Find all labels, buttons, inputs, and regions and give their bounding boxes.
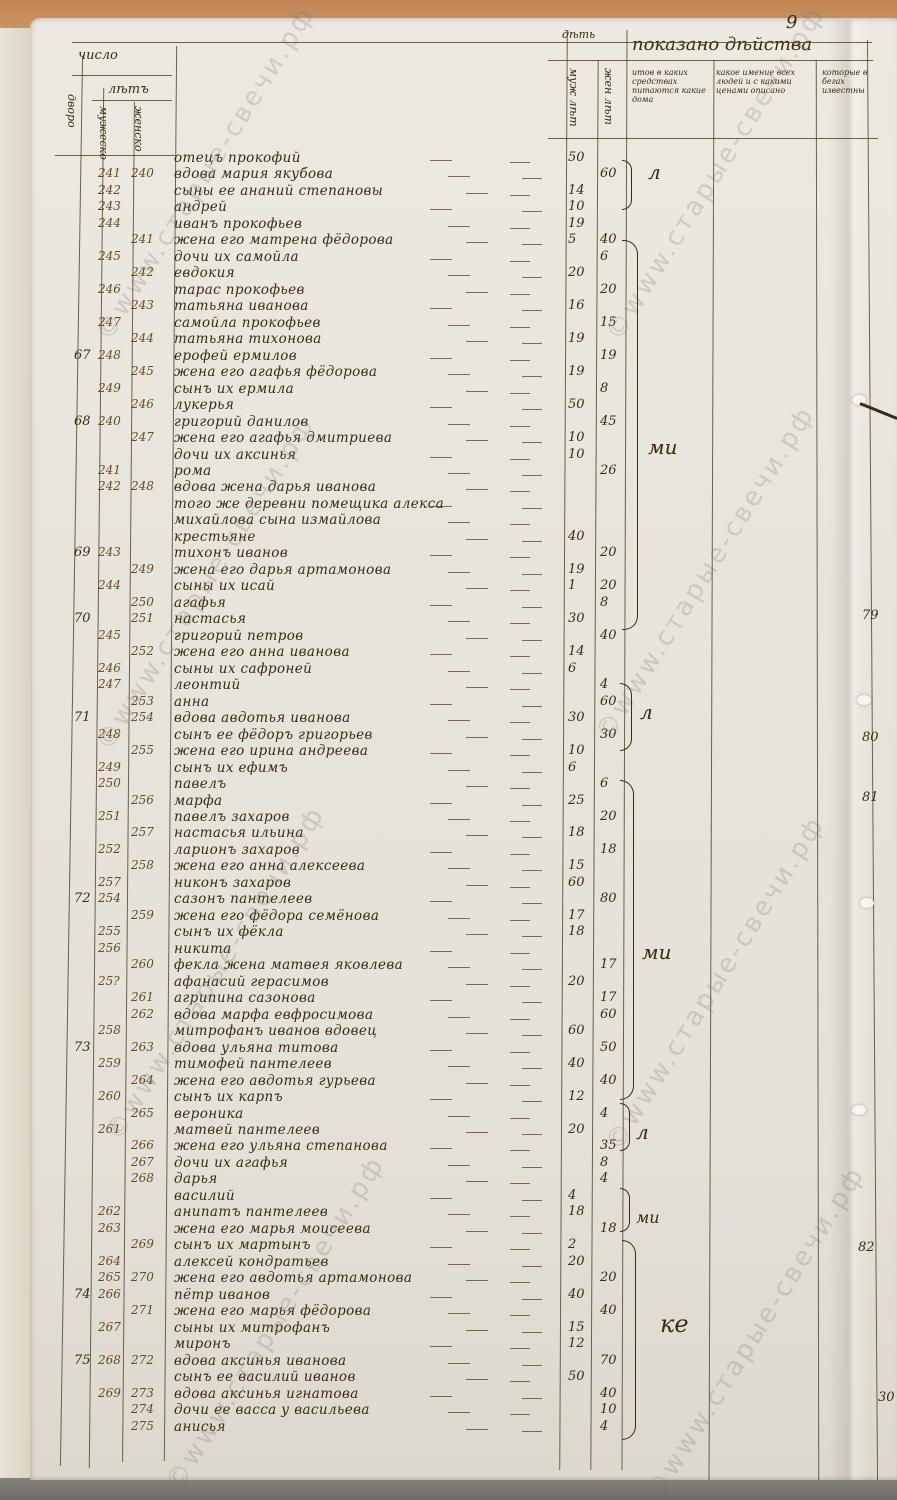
yard-number: 70 [74,611,91,626]
filler-dash [522,277,542,278]
filler-dash [522,1332,542,1333]
register-entry-text: василий [174,1188,235,1204]
right-margin-number: 82 [858,1240,875,1255]
filler-dash [466,835,488,836]
male-soul-number: 259 [98,1056,121,1070]
register-entry-text: жена его дарья артамонова [174,562,391,578]
filler-dash [510,524,530,525]
page-fold-shadow [830,20,870,1480]
register-entry-text: жена его ирина андреева [174,743,368,759]
register-entry-text: татьяна иванова [174,298,309,314]
filler-dash [510,1019,530,1020]
register-entry-text: вдова ульяна титова [174,1040,339,1056]
register-entry-text: сынъ ее фёдоръ григорьев [174,727,373,743]
register-entry-text: павелъ [174,776,227,792]
filler-dash [522,409,542,410]
filler-dash [448,275,470,276]
register-entry-text: жена его марья моисеева [174,1221,371,1237]
filler-dash [430,457,452,458]
male-soul-number: 250 [98,776,121,790]
filler-dash [430,803,452,804]
male-soul-number: 249 [98,760,121,774]
header-bottom-rule-left [55,155,175,156]
age-male: 14 [568,183,585,198]
filler-dash [466,292,488,293]
age-male: 19 [568,562,585,577]
register-entry-text: фекла жена матвея яковлева [174,957,403,973]
yard-number: 68 [74,414,91,429]
filler-dash [510,162,530,163]
age-male: 18 [568,924,585,939]
register-entry-text: сыны их исай [174,578,275,594]
male-soul-number: 243 [98,545,121,559]
age-male: 19 [568,364,585,379]
male-soul-number: 247 [98,315,121,329]
filler-dash [510,1085,530,1086]
brace-mark: ми [648,435,677,459]
register-entry-text: вероника [174,1106,244,1122]
yard-number: 71 [74,710,91,725]
female-soul-number: 243 [131,298,154,312]
filler-dash [448,1313,470,1314]
age-female: 4 [600,1171,608,1186]
female-soul-number: 270 [131,1270,154,1284]
age-male: 6 [568,661,576,676]
register-entry-text: анисья [174,1419,226,1435]
age-female: 4 [600,1106,608,1121]
female-soul-number: 272 [131,1353,154,1367]
age-female: 8 [600,1155,608,1170]
female-soul-number: 267 [131,1155,154,1169]
register-entry-text: сынъ их фёкла [174,924,284,940]
female-soul-number: 275 [131,1419,154,1433]
age-male: 50 [568,397,585,412]
brace-mark: ми [636,1208,660,1227]
filler-dash [430,1000,452,1001]
filler-dash [466,885,488,886]
register-entry-text: тихонъ иванов [174,545,288,561]
age-male: 5 [568,232,576,247]
filler-dash [448,1264,470,1265]
female-soul-number: 253 [131,694,154,708]
female-soul-number: 252 [131,644,154,658]
filler-dash [522,1200,542,1201]
filler-dash [510,426,530,427]
male-soul-number: 251 [98,809,121,823]
filler-dash [448,671,470,672]
age-female: 60 [600,166,617,181]
female-soul-number: 254 [131,710,154,724]
filler-dash [522,574,542,575]
age-male: 6 [568,760,576,775]
age-female: 20 [600,1270,617,1285]
filler-dash [448,1066,470,1067]
male-soul-number: 245 [98,249,121,263]
filler-dash [510,821,530,822]
filler-dash [510,491,530,492]
filler-dash [522,1068,542,1069]
page-number: 9 [786,12,797,33]
filler-dash [522,1431,542,1432]
male-soul-number: 242 [98,183,121,197]
male-soul-number: 262 [98,1204,121,1218]
register-entry-text: вдова мария якубова [174,166,333,182]
male-soul-number: 257 [98,875,121,889]
stitch-hole [852,1105,866,1115]
register-entry-text: жена его марья фёдорова [174,1303,371,1319]
stitch-hole [860,898,874,908]
register-entry-text: вдова аксинья игнатова [174,1386,359,1402]
filler-dash [522,1398,542,1399]
register-entry-text: вдова марфа евфросимова [174,1007,373,1023]
filler-dash [522,607,542,608]
header-years-label: лѣтъ [108,82,149,97]
filler-dash [448,572,470,573]
age-male: 19 [568,331,585,346]
female-soul-number: 271 [131,1303,154,1317]
filler-dash [466,539,488,540]
age-male: 18 [568,1204,585,1219]
age-female: 20 [600,578,617,593]
filler-dash [430,555,452,556]
register-entry-text: агафья [174,595,226,611]
filler-dash [448,770,470,771]
register-entry-text: жена его матрена фёдорова [174,232,394,248]
filler-dash [466,440,488,441]
filler-dash [510,1414,530,1415]
male-soul-number: 258 [98,1023,121,1037]
filler-dash [430,1247,452,1248]
filler-dash [448,1165,470,1166]
filler-dash [522,1101,542,1102]
filler-dash [448,1412,470,1413]
age-female: 8 [600,595,608,610]
filler-dash [510,195,530,196]
male-soul-number: 246 [98,661,121,675]
male-soul-number: 25? [98,974,120,988]
yard-number: 67 [74,348,91,363]
register-entry-text: ерофей ермилов [174,348,297,364]
age-female: 40 [600,232,617,247]
age-male: 40 [568,1056,585,1071]
filler-dash [510,920,530,921]
filler-dash [430,259,452,260]
filler-dash [466,489,488,490]
age-female: 80 [600,891,617,906]
header-subrule-left [72,75,172,76]
male-soul-number: 242 [98,479,121,493]
brace-mark: л [636,1120,649,1144]
female-soul-number: 257 [131,825,154,839]
register-entry-text: сынъ их мартынъ [174,1237,311,1253]
filler-dash [522,936,542,937]
filler-dash [466,687,488,688]
age-male: 4 [568,1188,576,1203]
register-entry-text: жена его анна алексеева [174,858,365,874]
filler-dash [522,376,542,377]
age-male: 60 [568,875,585,890]
age-female: 4 [600,677,608,692]
filler-dash [522,903,542,904]
register-entry-text: сыны их митрофанъ [174,1320,330,1336]
age-female: 15 [600,315,617,330]
right-margin-number: 81 [862,790,879,805]
filler-dash [522,442,542,443]
register-entry-text: анна [174,694,209,710]
register-entry-text: вдова аксинья иванова [174,1353,347,1369]
male-soul-number: 256 [98,941,121,955]
brace-group [620,780,634,1100]
filler-dash [522,673,542,674]
age-female: 35 [600,1138,617,1153]
age-female: 40 [600,1303,617,1318]
filler-dash [522,1365,542,1366]
age-female: 18 [600,1221,617,1236]
age-female: 6 [600,249,608,264]
filler-dash [466,1429,488,1430]
register-entry-text: жена его фёдора семёнова [174,908,379,924]
female-soul-number: 268 [131,1171,154,1185]
filler-dash [430,358,452,359]
filler-dash [466,588,488,589]
age-male: 30 [568,710,585,725]
register-entry-text: григорий петров [174,628,304,644]
female-soul-number: 247 [131,430,154,444]
header-subcol-2: какое имение всех людей и с какими ценам… [716,68,812,95]
register-entry-text: григорий данилов [174,414,309,430]
male-soul-number: 264 [98,1254,121,1268]
filler-dash [430,308,452,309]
register-entry-text: андрей [174,199,227,215]
brace-mark: ке [660,1310,689,1338]
age-male: 15 [568,1320,585,1335]
filler-dash [466,1330,488,1331]
filler-dash [510,986,530,987]
filler-dash [510,590,530,591]
male-soul-number: 240 [98,414,121,428]
female-soul-number: 244 [131,331,154,345]
filler-dash [430,901,452,902]
register-entry-text: вдова авдотья иванова [174,710,351,726]
female-soul-number: 260 [131,957,154,971]
filler-dash [522,640,542,641]
age-female: 10 [600,1402,617,1417]
filler-dash [510,788,530,789]
filler-dash [430,1198,452,1199]
age-female: 60 [600,1007,617,1022]
filler-dash [522,310,542,311]
filler-dash [522,1233,542,1234]
filler-dash [522,870,542,871]
male-soul-number: 268 [98,1353,121,1367]
register-entry-text: ларионъ захаров [174,842,300,858]
register-entry-text: тарас прокофьев [174,282,305,298]
filler-dash [510,755,530,756]
register-entry-text: никита [174,941,232,957]
female-soul-number: 242 [131,265,154,279]
filler-dash [430,852,452,853]
female-soul-number: 264 [131,1073,154,1087]
female-soul-number: 266 [131,1138,154,1152]
register-entry-text: дочи их самойла [174,249,299,265]
filler-dash [466,1181,488,1182]
filler-dash [430,1346,452,1347]
yard-number: 72 [74,891,91,906]
filler-dash [510,953,530,954]
filler-dash [430,506,452,507]
filler-dash [510,722,530,723]
filler-dash [510,1282,530,1283]
female-soul-number: 250 [131,595,154,609]
age-male: 40 [568,529,585,544]
filler-dash [522,343,542,344]
age-male: 60 [568,1023,585,1038]
filler-dash [510,656,530,657]
filler-dash [430,753,452,754]
filler-dash [522,969,542,970]
header-yard-column: дворо [65,94,78,128]
age-female: 17 [600,990,617,1005]
filler-dash [510,228,530,229]
yard-number: 73 [74,1040,91,1055]
age-male: 14 [568,644,585,659]
age-female: 20 [600,809,617,824]
male-soul-number: 265 [98,1270,121,1284]
brace-group [620,683,632,751]
filler-dash [466,1132,488,1133]
age-male: 20 [568,1254,585,1269]
register-entry-text: самойла прокофьев [174,315,321,331]
filler-dash [430,160,452,161]
header-subcol-1: итов в каких средствах питаются какие до… [632,68,710,104]
male-soul-number: 248 [98,348,121,362]
male-soul-number: 249 [98,381,121,395]
male-soul-number: 252 [98,842,121,856]
male-soul-number: 241 [98,463,121,477]
header-number-label: число [78,48,118,63]
filler-dash [430,1396,452,1397]
female-soul-number: 258 [131,858,154,872]
filler-dash [510,1381,530,1382]
filler-dash [522,211,542,212]
stitch-hole [857,695,871,705]
age-male: 18 [568,825,585,840]
male-soul-number: 267 [98,1320,121,1334]
register-entry-text: сынъ ее василий иванов [174,1369,356,1385]
filler-dash [448,1017,470,1018]
filler-dash [466,786,488,787]
filler-dash [448,1363,470,1364]
age-female: 20 [600,282,617,297]
female-soul-number: 273 [131,1386,154,1400]
register-entry-text: павелъ захаров [174,809,290,825]
brace-group [620,1103,630,1151]
filler-dash [448,720,470,721]
age-female: 40 [600,1386,617,1401]
filler-dash [522,1035,542,1036]
male-soul-number: 254 [98,891,121,905]
male-soul-number: 261 [98,1122,121,1136]
filler-dash [510,1183,530,1184]
filler-dash [522,475,542,476]
register-entry-text: иванъ прокофьев [174,216,302,232]
register-entry-text: сынъ их ермила [174,381,294,397]
register-entry-text: настасья [174,611,246,627]
filler-dash [448,325,470,326]
register-entry-text: митрофанъ иванов вдовец [174,1023,377,1039]
age-male: 50 [568,150,585,165]
male-soul-number: 246 [98,282,121,296]
age-male: 17 [568,908,585,923]
filler-dash [510,1118,530,1119]
register-entry-text: евдокия [174,265,235,281]
register-entry-text: крестьяне [174,529,256,545]
age-male: 20 [568,974,585,989]
register-entry-text: матвей пантелеев [174,1122,320,1138]
register-entry-text: михайлова сына измайлова [174,512,381,528]
register-page [30,18,897,1480]
right-margin-number: 79 [862,608,879,623]
male-soul-number: 269 [98,1386,121,1400]
filler-dash [522,1134,542,1135]
filler-dash [448,424,470,425]
register-entry-text: жена его ульяна степанова [174,1138,388,1154]
female-soul-number: 262 [131,1007,154,1021]
register-entry-text: жена его агафья дмитриева [174,430,392,446]
header-shown-title: показано дѣйства [632,34,812,55]
filler-dash [430,1148,452,1149]
male-soul-number: 260 [98,1089,121,1103]
right-margin-number: 80 [862,730,879,745]
age-female: 20 [600,545,617,560]
age-female: 40 [600,628,617,643]
filler-dash [466,984,488,985]
register-entry-text: лукерья [174,397,234,413]
filler-dash [430,704,452,705]
female-soul-number: 246 [131,397,154,411]
female-soul-number: 251 [131,611,154,625]
age-female: 70 [600,1353,617,1368]
filler-dash [430,1297,452,1298]
brace-group [620,1188,630,1232]
filler-dash [510,1348,530,1349]
age-male: 12 [568,1089,585,1104]
filler-dash [448,473,470,474]
filler-dash [510,1216,530,1217]
filler-dash [522,1266,542,1267]
female-soul-number: 249 [131,562,154,576]
filler-dash [510,557,530,558]
brace-group [622,160,632,210]
register-entry-text: дочи ее васса у васильева [174,1402,370,1418]
male-soul-number: 241 [98,166,121,180]
register-entry-text: отецъ прокофий [174,150,301,166]
female-soul-number: 261 [131,990,154,1004]
female-soul-number: 256 [131,793,154,807]
brace-group [622,240,638,630]
register-entry-text: жена его анна иванова [174,644,350,660]
register-entry-text: афанасий герасимов [174,974,329,990]
filler-dash [430,605,452,606]
register-entry-text: пётр иванов [174,1287,270,1303]
filler-dash [466,1083,488,1084]
filler-dash [510,689,530,690]
register-entry-text: сазонъ пантелеев [174,891,313,907]
age-male: 20 [568,1122,585,1137]
header-age-female: жен лѣт [602,68,615,125]
register-entry-text: агрипина сазонова [174,990,316,1006]
filler-dash [522,772,542,773]
